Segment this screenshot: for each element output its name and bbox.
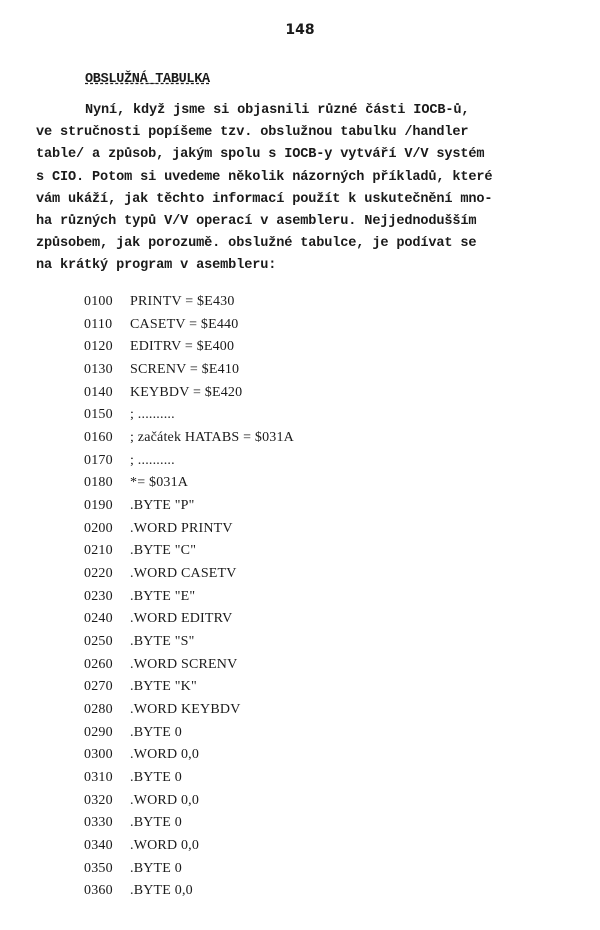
code-text: .WORD PRINTV xyxy=(130,521,233,536)
code-line: 0350.BYTE 0 xyxy=(84,858,294,881)
code-text: .BYTE "K" xyxy=(130,679,197,694)
code-text: .WORD CASETV xyxy=(130,566,237,581)
code-line: 0100PRINTV = $E430 xyxy=(84,291,294,314)
line-number: 0190 xyxy=(84,495,130,518)
section-heading: OBSLUŽNÁ_TABULKA xyxy=(85,72,210,87)
code-text: SCRENV = $E410 xyxy=(130,362,239,377)
line-number: 0200 xyxy=(84,518,130,541)
paragraph-line: vám ukáží, jak těchto informací použít k… xyxy=(36,189,576,211)
code-line: 0220.WORD CASETV xyxy=(84,563,294,586)
line-number: 0160 xyxy=(84,427,130,450)
assembler-listing: 0100PRINTV = $E4300110CASETV = $E4400120… xyxy=(84,291,294,903)
line-number: 0120 xyxy=(84,336,130,359)
paragraph-line: ve stručnosti popíšeme tzv. obslužnou ta… xyxy=(36,122,576,144)
code-line: 0330.BYTE 0 xyxy=(84,812,294,835)
code-text: .WORD SCRENV xyxy=(130,657,237,672)
code-line: 0170; .......... xyxy=(84,450,294,473)
line-number: 0170 xyxy=(84,450,130,473)
line-number: 0110 xyxy=(84,314,130,337)
code-line: 0250.BYTE "S" xyxy=(84,631,294,654)
code-line: 0160; začátek HATABS = $031A xyxy=(84,427,294,450)
code-text: .WORD 0,0 xyxy=(130,838,199,853)
code-line: 0300.WORD 0,0 xyxy=(84,744,294,767)
line-number: 0260 xyxy=(84,654,130,677)
line-number: 0230 xyxy=(84,586,130,609)
paragraph-line: způsobem, jak porozumě. obslužné tabulce… xyxy=(36,233,576,255)
paragraph-line: table/ a způsob, jakým spolu s IOCB-y vy… xyxy=(36,144,576,166)
code-text: .BYTE 0 xyxy=(130,725,182,740)
code-line: 0200.WORD PRINTV xyxy=(84,518,294,541)
line-number: 0150 xyxy=(84,404,130,427)
code-text: .WORD 0,0 xyxy=(130,793,199,808)
code-line: 0310.BYTE 0 xyxy=(84,767,294,790)
code-line: 0290.BYTE 0 xyxy=(84,722,294,745)
code-line: 0210.BYTE "C" xyxy=(84,540,294,563)
line-number: 0280 xyxy=(84,699,130,722)
code-line: 0360.BYTE 0,0 xyxy=(84,880,294,903)
code-line: 0140KEYBDV = $E420 xyxy=(84,382,294,405)
code-line: 0230.BYTE "E" xyxy=(84,586,294,609)
code-text: .BYTE 0 xyxy=(130,770,182,785)
code-text: .BYTE 0 xyxy=(130,815,182,830)
code-text: .BYTE "P" xyxy=(130,498,195,513)
code-text: .WORD 0,0 xyxy=(130,747,199,762)
code-text: EDITRV = $E400 xyxy=(130,339,234,354)
line-number: 0180 xyxy=(84,472,130,495)
line-number: 0290 xyxy=(84,722,130,745)
line-number: 0340 xyxy=(84,835,130,858)
line-number: 0300 xyxy=(84,744,130,767)
line-number: 0250 xyxy=(84,631,130,654)
code-text: .WORD EDITRV xyxy=(130,611,232,626)
code-line: 0190.BYTE "P" xyxy=(84,495,294,518)
code-line: 0280.WORD KEYBDV xyxy=(84,699,294,722)
code-text: *= $031A xyxy=(130,475,188,490)
line-number: 0270 xyxy=(84,676,130,699)
code-text: .BYTE "E" xyxy=(130,589,195,604)
line-number: 0310 xyxy=(84,767,130,790)
line-number: 0130 xyxy=(84,359,130,382)
line-number: 0360 xyxy=(84,880,130,903)
paragraph-line: s CIO. Potom si uvedeme několik názornýc… xyxy=(36,167,576,189)
code-text: .BYTE "C" xyxy=(130,543,196,558)
code-line: 0110CASETV = $E440 xyxy=(84,314,294,337)
line-number: 0350 xyxy=(84,858,130,881)
line-number: 0210 xyxy=(84,540,130,563)
paragraph-line: Nyní, když jsme si objasnili různé části… xyxy=(36,100,576,122)
code-text: CASETV = $E440 xyxy=(130,317,238,332)
code-text: ; .......... xyxy=(130,453,175,468)
code-line: 0120EDITRV = $E400 xyxy=(84,336,294,359)
code-line: 0260.WORD SCRENV xyxy=(84,654,294,677)
line-number: 0240 xyxy=(84,608,130,631)
code-line: 0270.BYTE "K" xyxy=(84,676,294,699)
code-text: ; .......... xyxy=(130,407,175,422)
line-number: 0330 xyxy=(84,812,130,835)
code-text: .BYTE 0 xyxy=(130,861,182,876)
code-text: PRINTV = $E430 xyxy=(130,294,235,309)
paragraph-line: ha různých typů V/V operací v asembleru.… xyxy=(36,211,576,233)
intro-paragraph: Nyní, když jsme si objasnili různé části… xyxy=(36,100,576,278)
page-number: 148 xyxy=(0,22,600,38)
code-text: .BYTE 0,0 xyxy=(130,883,193,898)
line-number: 0220 xyxy=(84,563,130,586)
code-line: 0320.WORD 0,0 xyxy=(84,790,294,813)
code-line: 0130SCRENV = $E410 xyxy=(84,359,294,382)
code-line: 0150; .......... xyxy=(84,404,294,427)
code-line: 0180*= $031A xyxy=(84,472,294,495)
code-text: .WORD KEYBDV xyxy=(130,702,241,717)
code-line: 0240.WORD EDITRV xyxy=(84,608,294,631)
code-text: ; začátek HATABS = $031A xyxy=(130,430,294,445)
line-number: 0320 xyxy=(84,790,130,813)
paragraph-line: na krátký program v asembleru: xyxy=(36,255,576,277)
code-line: 0340.WORD 0,0 xyxy=(84,835,294,858)
line-number: 0140 xyxy=(84,382,130,405)
code-text: KEYBDV = $E420 xyxy=(130,385,242,400)
line-number: 0100 xyxy=(84,291,130,314)
code-text: .BYTE "S" xyxy=(130,634,195,649)
